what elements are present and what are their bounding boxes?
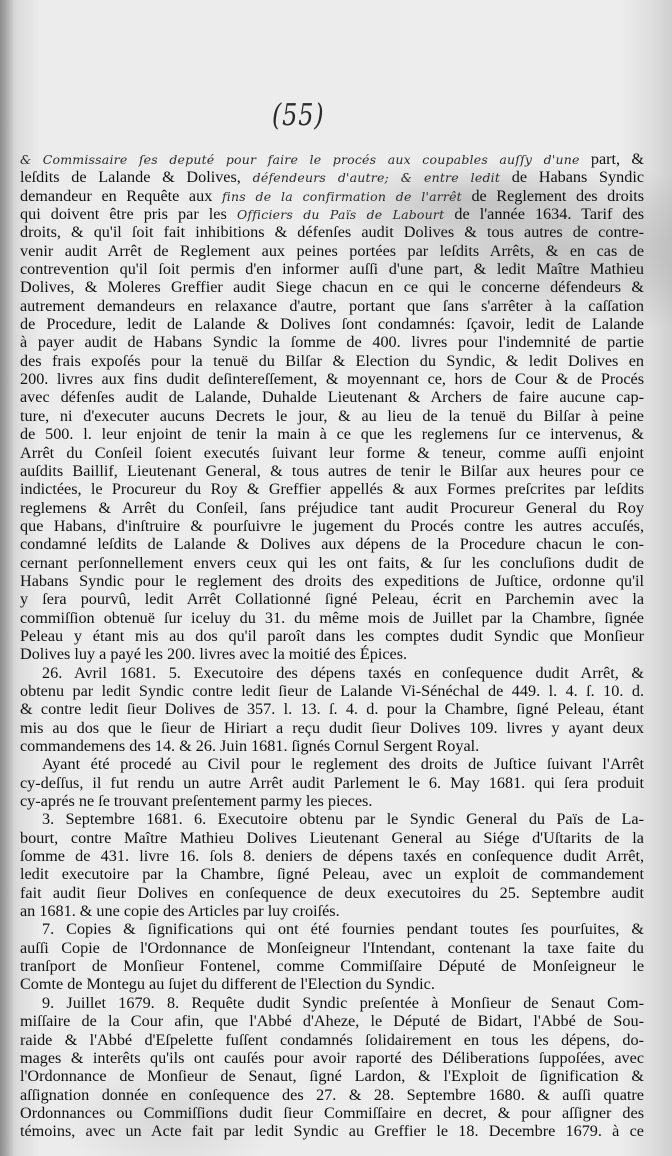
text-line: droits, & qu'il ſoit fait inhibitions & … — [20, 223, 644, 241]
text-line: de 500. l. leur enjoint de tenir la main… — [20, 425, 644, 443]
text-line: mages & interêts qu'ils ont cauſés pour … — [20, 1049, 644, 1067]
printed-text: l'Ordonnance de Monſieur de Senaut, ſign… — [20, 1067, 644, 1085]
printed-text: leſdits de Lalande & Dolives, — [20, 168, 241, 186]
text-line: avec défenſes audit de Lalande, Duhalde … — [20, 388, 644, 406]
text-line: leſdits de Lalande & Dolives, défendeurs… — [20, 168, 644, 186]
printed-text: droits, & qu'il ſoit fait inhibitions & … — [20, 223, 644, 241]
text-line: indictées, le Procureur du Roy & Greffie… — [20, 480, 644, 498]
printed-text: indictées, le Procureur du Roy & Greffie… — [20, 480, 644, 498]
printed-text: Ayant été procedé au Civil pour le regle… — [42, 755, 644, 773]
printed-text: ledit executoire par la Chambre, ſigné P… — [20, 865, 644, 883]
printed-text: de Procedure, ledit de Lalande & Dolives… — [20, 315, 644, 333]
printed-text: y ſera pourvû, ledit Arrêt Collationné ſ… — [20, 590, 644, 608]
printed-text: à payer audit de Habans Syndic la ſomme … — [20, 333, 644, 351]
text-line: de Procedure, ledit de Lalande & Dolives… — [20, 315, 644, 333]
text-line: auſdits Baillif, Lieutenant General, & t… — [20, 462, 644, 480]
printed-text: avec défenſes audit de Lalande, Duhalde … — [20, 388, 644, 406]
printed-text: que Habans, d'inſtruire & pourſuivre le … — [20, 517, 644, 535]
printed-text: 9. Juillet 1679. 8. Requête dudit Syndic… — [42, 994, 644, 1012]
text-line: an 1681. & une copie des Articles par lu… — [20, 902, 644, 920]
printed-text: auſſi Copie de l'Ordonnance de Monſeigne… — [20, 939, 644, 957]
text-line: miſſaire de la Cour afin, que l'Abbé d'A… — [20, 1012, 644, 1030]
printed-text: 26. Avril 1681. 5. Executoire des dépens… — [42, 664, 644, 682]
printed-text: miſſaire de la Cour afin, que l'Abbé d'A… — [20, 1012, 644, 1030]
printed-text: Comte de Montegu au ſujet du different d… — [20, 975, 435, 993]
text-line: à payer audit de Habans Syndic la ſomme … — [20, 333, 644, 351]
page-edge-shadow — [0, 0, 14, 1156]
printed-text: qui doivent être pris par les — [20, 205, 227, 223]
printed-text: Habans Syndic pour le reglement des droi… — [20, 572, 644, 590]
printed-text: venir audit Arrêt de Reglement aux peine… — [20, 242, 644, 260]
printed-text: demandeur en Requête aux — [20, 187, 212, 205]
text-line: Dolives luy a payé les 200. livres avec … — [20, 645, 644, 663]
printed-text: des frais expoſés pour la tenuë du Bilſa… — [20, 352, 644, 370]
printed-text: mages & interêts qu'ils ont cauſés pour … — [20, 1049, 644, 1067]
handwritten-annotation: fins de la confirmation de l'arrêt — [212, 189, 462, 204]
printed-text: de 500. l. leur enjoint de tenir la main… — [20, 425, 644, 443]
printed-text: an 1681. & une copie des Articles par lu… — [20, 902, 340, 920]
text-line: & Commissaire ſes deputé pour faire le p… — [20, 150, 644, 168]
printed-text: cy-deſſus, il fut rendu un autre Arrêt a… — [20, 774, 644, 792]
handwritten-annotation: défendeurs d'autre; & entre ledit — [241, 170, 500, 185]
printed-text: cy-aprés ne ſe trouvant preſentement par… — [20, 792, 372, 810]
text-line: auſſi Copie de l'Ordonnance de Monſeigne… — [20, 939, 644, 957]
printed-text: Ordonnances ou Commiſſions dudit ſieur C… — [20, 1104, 644, 1122]
text-line: ledit executoire par la Chambre, ſigné P… — [20, 865, 644, 883]
document-page: (55) & Commissaire ſes deputé pour faire… — [0, 0, 672, 1156]
text-line: l'Ordonnance de Monſieur de Senaut, ſign… — [20, 1067, 644, 1085]
text-line: que Habans, d'inſtruire & pourſuivre le … — [20, 517, 644, 535]
printed-text: de Habans Syndic — [500, 168, 644, 186]
printed-text: tranſport de Monſieur Fontenel, comme Co… — [20, 957, 644, 975]
text-line: Comte de Montegu au ſujet du different d… — [20, 975, 644, 993]
text-line: commandemens des 14. & 26. Juin 1681. ſi… — [20, 737, 644, 755]
text-line: demandeur en Requête aux fins de la conf… — [20, 187, 644, 205]
printed-text: 200. livres aux fins dudit deſintereſſem… — [20, 370, 644, 388]
text-line: raide & l'Abbé d'Eſpelette fuſſent conda… — [20, 1031, 644, 1049]
text-line: Habans Syndic pour le reglement des droi… — [20, 572, 644, 590]
text-line: aſſignation donnée en conſequence des 27… — [20, 1086, 644, 1104]
text-line: obtenu par ledit Syndic contre ledit ſie… — [20, 682, 644, 700]
printed-text: auſdits Baillif, Lieutenant General, & t… — [20, 462, 644, 480]
printed-text: de l'année 1634. Tarif des — [444, 205, 644, 223]
text-line: mis au dos que le ſieur de Hiriart a reç… — [20, 719, 644, 737]
text-line: venir audit Arrêt de Reglement aux peine… — [20, 242, 644, 260]
text-line: cy-aprés ne ſe trouvant preſentement par… — [20, 792, 644, 810]
text-line: reglemens & Arrêt du Conſeil, ſans préju… — [20, 499, 644, 517]
text-line: 3. Septembre 1681. 6. Executoire obtenu … — [20, 810, 644, 828]
text-line: cernant perſonnellement envers ceux qui … — [20, 554, 644, 572]
text-line: contrevention qu'il ſoit permis d'en inf… — [20, 260, 644, 278]
text-line: y ſera pourvû, ledit Arrêt Collationné ſ… — [20, 590, 644, 608]
printed-text: 3. Septembre 1681. 6. Executoire obtenu … — [42, 810, 644, 828]
text-line: Ayant été procedé au Civil pour le regle… — [20, 755, 644, 773]
document-body: & Commissaire ſes deputé pour faire le p… — [20, 150, 644, 1141]
handwritten-annotation: & Commissaire ſes deputé pour faire le p… — [20, 152, 580, 167]
text-line: & contre ledit ſieur Dolives de 357. l. … — [20, 700, 644, 718]
text-line: Arrêt du Conſeil ſoient executés ſuivant… — [20, 444, 644, 462]
printed-text: condamné leſdits de Lalande & Dolives au… — [20, 535, 644, 553]
printed-text: Dolives, & Moleres Greffier audit Siege … — [20, 278, 644, 296]
text-line: Ordonnances ou Commiſſions dudit ſieur C… — [20, 1104, 644, 1122]
printed-text: ture, ni d'executer aucuns Decrets le jo… — [20, 407, 644, 425]
text-line: 9. Juillet 1679. 8. Requête dudit Syndic… — [20, 994, 644, 1012]
printed-text: raide & l'Abbé d'Eſpelette fuſſent conda… — [20, 1031, 644, 1049]
text-line: fait audit ſieur Dolives en conſequence … — [20, 884, 644, 902]
printed-text: témoins, avec un Acte fait par ledit Syn… — [20, 1122, 644, 1140]
text-line: Dolives, & Moleres Greffier audit Siege … — [20, 278, 644, 296]
printed-text: part, & — [580, 150, 644, 168]
printed-text: de Reglement des droits — [462, 187, 644, 205]
printed-text: mis au dos que le ſieur de Hiriart a reç… — [20, 719, 644, 737]
page-number: (55) — [272, 98, 324, 133]
printed-text: Arrêt du Conſeil ſoient executés ſuivant… — [20, 444, 644, 462]
printed-text: Peleau y étant mis au dos qu'il paroît d… — [20, 627, 644, 645]
text-line: bourt, contre Maître Mathieu Dolives Lie… — [20, 829, 644, 847]
printed-text: commiſſion obtenuë ſur iceluy du 31. du … — [20, 609, 644, 627]
text-line: ſomme de 431. livre 16. ſols 8. deniers … — [20, 847, 644, 865]
text-line: tranſport de Monſieur Fontenel, comme Co… — [20, 957, 644, 975]
text-line: des frais expoſés pour la tenuë du Bilſa… — [20, 352, 644, 370]
text-line: 200. livres aux fins dudit deſintereſſem… — [20, 370, 644, 388]
text-line: ture, ni d'executer aucuns Decrets le jo… — [20, 407, 644, 425]
printed-text: Dolives luy a payé les 200. livres avec … — [20, 645, 407, 663]
printed-text: ſomme de 431. livre 16. ſols 8. deniers … — [20, 847, 644, 865]
text-line: cy-deſſus, il fut rendu un autre Arrêt a… — [20, 774, 644, 792]
printed-text: reglemens & Arrêt du Conſeil, ſans préju… — [20, 499, 644, 517]
printed-text: fait audit ſieur Dolives en conſequence … — [20, 884, 644, 902]
text-line: commiſſion obtenuë ſur iceluy du 31. du … — [20, 609, 644, 627]
printed-text: obtenu par ledit Syndic contre ledit ſie… — [20, 682, 644, 700]
text-line: 7. Copies & ſignifications qui ont été f… — [20, 920, 644, 938]
printed-text: & contre ledit ſieur Dolives de 357. l. … — [20, 700, 644, 718]
text-line: 26. Avril 1681. 5. Executoire des dépens… — [20, 664, 644, 682]
text-line: condamné leſdits de Lalande & Dolives au… — [20, 535, 644, 553]
handwritten-annotation: Officiers du Païs de Labourt — [227, 207, 445, 222]
text-line: autrement demandeurs en relaxance d'autr… — [20, 297, 644, 315]
printed-text: cernant perſonnellement envers ceux qui … — [20, 554, 644, 572]
printed-text: contrevention qu'il ſoit permis d'en inf… — [20, 260, 644, 278]
printed-text: autrement demandeurs en relaxance d'autr… — [20, 297, 644, 315]
text-line: qui doivent être pris par les Officiers … — [20, 205, 644, 223]
printed-text: aſſignation donnée en conſequence des 27… — [20, 1086, 644, 1104]
text-line: témoins, avec un Acte fait par ledit Syn… — [20, 1122, 644, 1140]
text-line: Peleau y étant mis au dos qu'il paroît d… — [20, 627, 644, 645]
printed-text: commandemens des 14. & 26. Juin 1681. ſi… — [20, 737, 479, 755]
printed-text: bourt, contre Maître Mathieu Dolives Lie… — [20, 829, 644, 847]
printed-text: 7. Copies & ſignifications qui ont été f… — [42, 920, 644, 938]
